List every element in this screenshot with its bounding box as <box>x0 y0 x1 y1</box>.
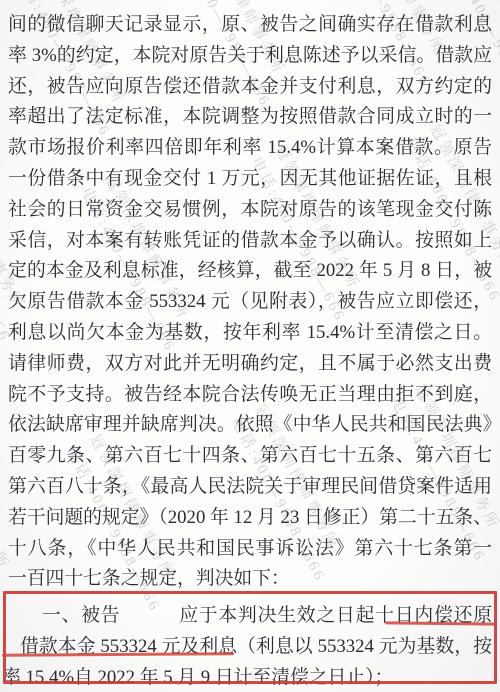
text-line: 采信，对本案有转账凭证的借款本金予以确认。按照如上本院认 <box>8 226 492 257</box>
text-line: 还，被告应向原告偿还借款本金并支付利息，双方约定的借款利 <box>8 72 492 103</box>
judgment-items: 一、被告 应于本判决生效之日起十日内偿还原告借款本金 553324 元及利息（利… <box>8 601 492 692</box>
text-line: 百零九条、第六百七十四条、第六百七十五条、第六百七十六条、 <box>8 441 492 472</box>
text-line: 间的微信聊天记录显示，原、被告之间确实存在借款利息按月利 <box>8 10 492 41</box>
text-line: 社会的日常资金交易惯例，本院对原告的该笔现金交付陈述不予 <box>8 195 492 226</box>
text-line: 请律师费，双方对此并无明确约定，且不属于必然支出费用，本 <box>8 349 492 380</box>
text-line: 第六百八十条，《最高人民法院关于审理民间借贷案件适用法律 <box>8 472 492 503</box>
text-line: 院不予支持。被告经本院合法传唤无正当理由拒不到庭，本院可 <box>8 380 492 411</box>
judgment-item-line: 一、被告 应于本判决生效之日起十日内偿还原告 <box>8 601 492 632</box>
text-line: 十八条，《中华人民共和国民事诉讼法》第六十七条第一款、第 <box>8 534 492 565</box>
text-line: 利息以尚欠本金为基数，按年利率 15.4%计至清偿之日。原告诉 <box>8 318 492 349</box>
text-line: 定的本金及利息标准，经核算，截至 2022 年 5 月 8 日，被告尚 <box>8 256 492 287</box>
judgment-item-line: 借款本金 553324 元及利息（利息以 553324 元为基数，按年利 <box>8 632 492 663</box>
body-paragraph: 间的微信聊天记录显示，原、被告之间确实存在借款利息按月利率 3%的约定，本院对原… <box>8 10 492 595</box>
text-line: 率超出了法定标准，本院调整为按照借款合同成立时的一年期贷 <box>8 102 492 133</box>
judgment-item-line: 率 15.4%自 2022 年 5 月 9 日计至清偿之日止）； <box>2 663 492 692</box>
text-line: 一百四十七条之规定，判决如下： <box>8 564 492 595</box>
text-line: 依法缺席审理并缺席判决。依照《中华人民共和国民法典》第五 <box>8 410 492 441</box>
text-line: 款市场报价利率四倍即年利率 15.4%计算本案借款。原告主张第 <box>8 133 492 164</box>
text-line: 率 3%的约定，本院对原告关于利息陈述予以采信。借款应予偿 <box>8 41 492 72</box>
text-line: 欠原告借款本金 553324 元（见附表），被告应立即偿还，之后的 <box>8 287 492 318</box>
judgment-text: 间的微信聊天记录显示，原、被告之间确实存在借款利息按月利率 3%的约定，本院对原… <box>0 0 500 692</box>
court-judgment-page: 冠领深圳律师事务所电话:400—9988—666冠领深圳律师事务所电话:400—… <box>0 0 500 692</box>
text-line: 若干问题的规定》（2020 年 12 月 23 日修正）第二十五条、第二 <box>8 503 492 534</box>
text-line: 一份借条中有现金交付 1 万元，因无其他证据佐证，且根据现今 <box>8 164 492 195</box>
